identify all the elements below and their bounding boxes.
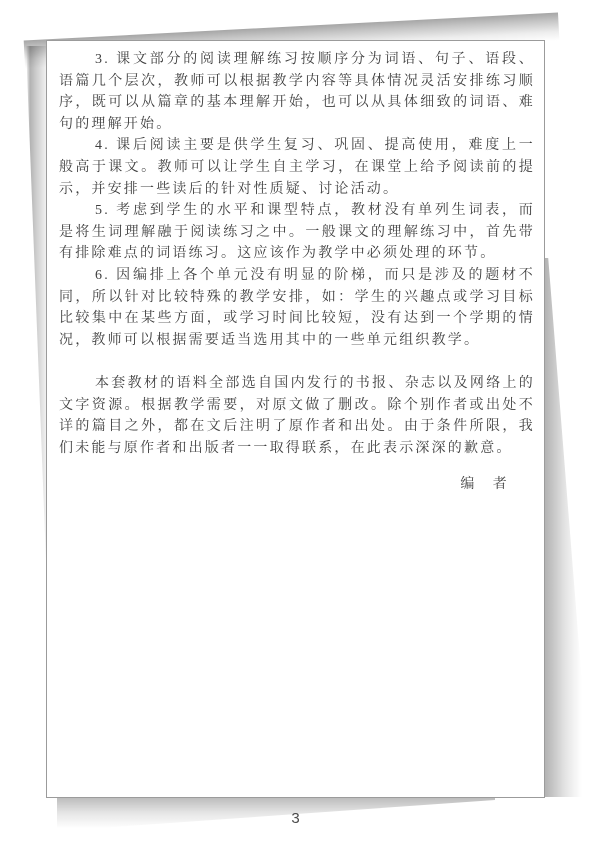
paragraph-item-5: 5. 考虑到学生的水平和课型特点，教材没有单列生词表，而是将生词理解融于阅读练习… (59, 200, 535, 265)
document-page: 3. 课文部分的阅读理解练习按顺序分为词语、句子、语段、语篇几个层次，教师可以根… (46, 40, 545, 798)
page-content: 3. 课文部分的阅读理解练习按顺序分为词语、句子、语段、语篇几个层次，教师可以根… (59, 49, 535, 496)
page-number: 3 (46, 810, 545, 827)
left-page-shadow (26, 46, 46, 561)
paragraph-item-3: 3. 课文部分的阅读理解练习按顺序分为词语、句子、语段、语篇几个层次，教师可以根… (59, 49, 535, 135)
paragraph-item-6: 6. 因编排上各个单元没有明显的阶梯，而只是涉及的题材不同，所以针对比较特殊的教… (59, 265, 535, 351)
closing-paragraph: 本套教材的语料全部选自国内发行的书报、杂志以及网络上的文字资源。根据教学需要，对… (59, 373, 535, 459)
scan-background: 3. 课文部分的阅读理解练习按顺序分为词语、句子、语段、语篇几个层次，教师可以根… (0, 0, 600, 849)
paragraph-item-4: 4. 课后阅读主要是供学生复习、巩固、提高使用，难度上一般高于课文。教师可以让学… (59, 135, 535, 200)
editor-signature: 编 者 (59, 474, 535, 496)
